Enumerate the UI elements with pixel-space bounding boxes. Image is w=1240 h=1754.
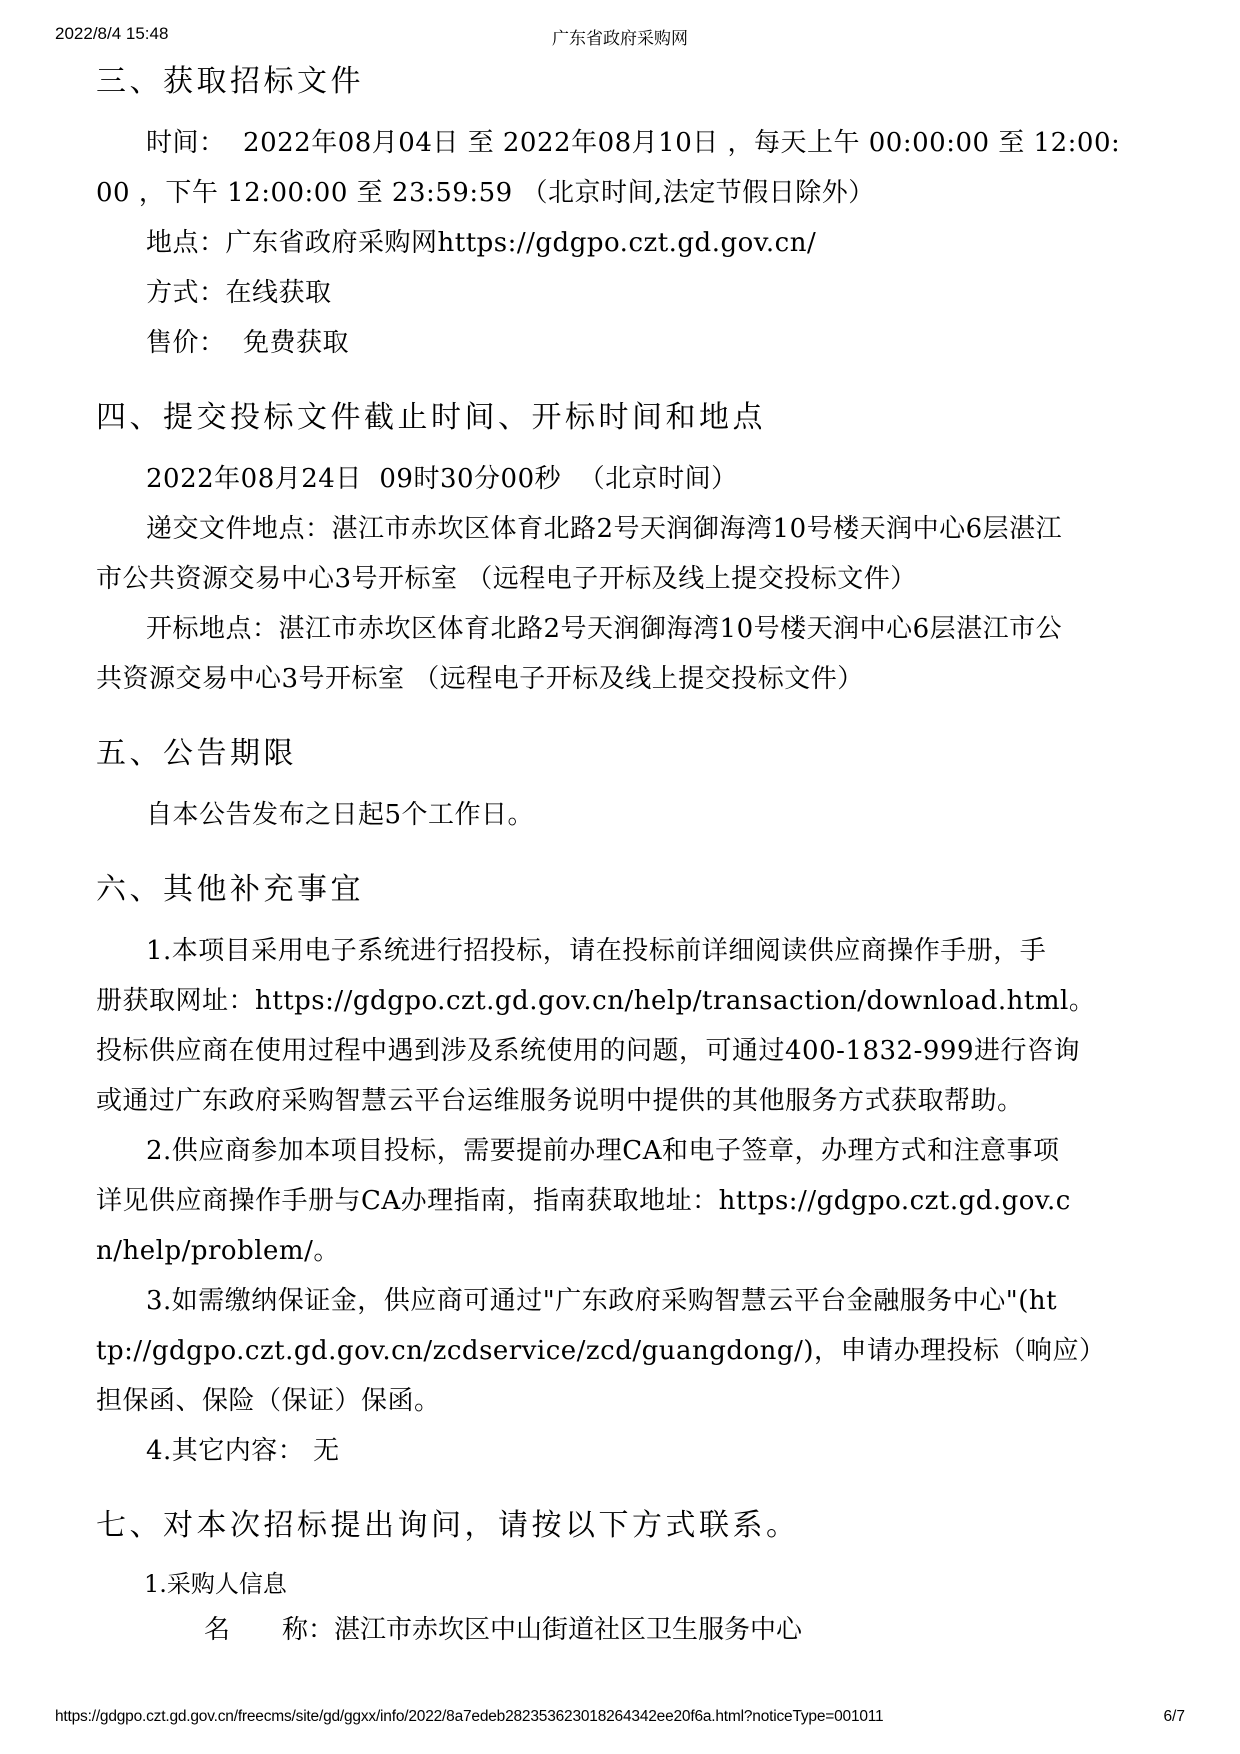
source-url: https://gdgpo.czt.gd.gov.cn/freecms/site… — [55, 1708, 883, 1726]
notice-line: n/help/problem/。 — [96, 1226, 1180, 1276]
notice-line: 递交文件地点：湛江市赤坎区体育北路2号天润御海湾10号楼天润中心6层湛江 — [96, 504, 1180, 554]
notice-line: 4.其它内容： 无 — [96, 1426, 1180, 1476]
notice-line: 地点：广东省政府采购网https://gdgpo.czt.gd.gov.cn/ — [96, 218, 1180, 268]
notice-line: 3.如需缴纳保证金，供应商可通过"广东政府采购智慧云平台金融服务中心"(ht — [96, 1276, 1180, 1326]
site-title: 广东省政府采购网 — [0, 24, 1240, 49]
section-heading: 五、公告期限 — [96, 732, 1180, 776]
section-contact: 七、对本次招标提出询问，请按以下方式联系。 1.采购人信息 名 称：湛江市赤坎区… — [96, 1504, 1180, 1654]
section-get-bid-documents: 三、获取招标文件 时间： 2022年08月04日 至 2022年08月10日 ，… — [96, 60, 1180, 368]
notice-line: 或通过广东政府采购智慧云平台运维服务说明中提供的其他服务方式获取帮助。 — [96, 1076, 1180, 1126]
purchaser-info-label: 1.采购人信息 — [96, 1562, 1180, 1606]
notice-line: 投标供应商在使用过程中遇到涉及系统使用的问题，可通过400-1832-999进行… — [96, 1026, 1180, 1076]
notice-line: 2.供应商参加本项目投标，需要提前办理CA和电子签章，办理方式和注意事项 — [96, 1126, 1180, 1176]
notice-line: 自本公告发布之日起5个工作日。 — [96, 790, 1180, 840]
section-heading: 七、对本次招标提出询问，请按以下方式联系。 — [96, 1504, 1180, 1548]
notice-line: 时间： 2022年08月04日 至 2022年08月10日 ，每天上午 00:0… — [96, 118, 1180, 168]
notice-line: 1.本项目采用电子系统进行招投标，请在投标前详细阅读供应商操作手册，手 — [96, 926, 1180, 976]
notice-line: 共资源交易中心3号开标室 （远程电子开标及线上提交投标文件） — [96, 654, 1180, 704]
notice-line: 详见供应商操作手册与CA办理指南，指南获取地址：https://gdgpo.cz… — [96, 1176, 1180, 1226]
page-footer: https://gdgpo.czt.gd.gov.cn/freecms/site… — [0, 1708, 1240, 1730]
document-page: 2022/8/4 15:48 广东省政府采购网 三、获取招标文件 时间： 202… — [0, 0, 1240, 1754]
notice-body: 三、获取招标文件 时间： 2022年08月04日 至 2022年08月10日 ，… — [96, 60, 1180, 1654]
notice-line: 2022年08月24日 09时30分00秒 （北京时间） — [96, 454, 1180, 504]
section-announcement-period: 五、公告期限 自本公告发布之日起5个工作日。 — [96, 732, 1180, 840]
notice-line: tp://gdgpo.czt.gd.gov.cn/zcdservice/zcd/… — [96, 1326, 1180, 1376]
notice-line: 00 ，下午 12:00:00 至 23:59:59 （北京时间,法定节假日除外… — [96, 168, 1180, 218]
section-submission-deadline: 四、提交投标文件截止时间、开标时间和地点 2022年08月24日 09时30分0… — [96, 396, 1180, 704]
page-header: 2022/8/4 15:48 广东省政府采购网 — [0, 24, 1240, 46]
notice-line: 开标地点：湛江市赤坎区体育北路2号天润御海湾10号楼天润中心6层湛江市公 — [96, 604, 1180, 654]
section-heading: 四、提交投标文件截止时间、开标时间和地点 — [96, 396, 1180, 440]
notice-line: 售价： 免费获取 — [96, 318, 1180, 368]
notice-line: 方式：在线获取 — [96, 268, 1180, 318]
section-heading: 三、获取招标文件 — [96, 60, 1180, 104]
page-number: 6/7 — [1163, 1708, 1185, 1726]
notice-line: 册获取网址：https://gdgpo.czt.gd.gov.cn/help/t… — [96, 976, 1180, 1026]
purchaser-name-line: 名 称：湛江市赤坎区中山街道社区卫生服务中心 — [96, 1606, 1180, 1654]
notice-line: 市公共资源交易中心3号开标室 （远程电子开标及线上提交投标文件） — [96, 554, 1180, 604]
notice-line: 担保函、保险（保证）保函。 — [96, 1376, 1180, 1426]
section-other-matters: 六、其他补充事宜 1.本项目采用电子系统进行招投标，请在投标前详细阅读供应商操作… — [96, 868, 1180, 1476]
section-heading: 六、其他补充事宜 — [96, 868, 1180, 912]
